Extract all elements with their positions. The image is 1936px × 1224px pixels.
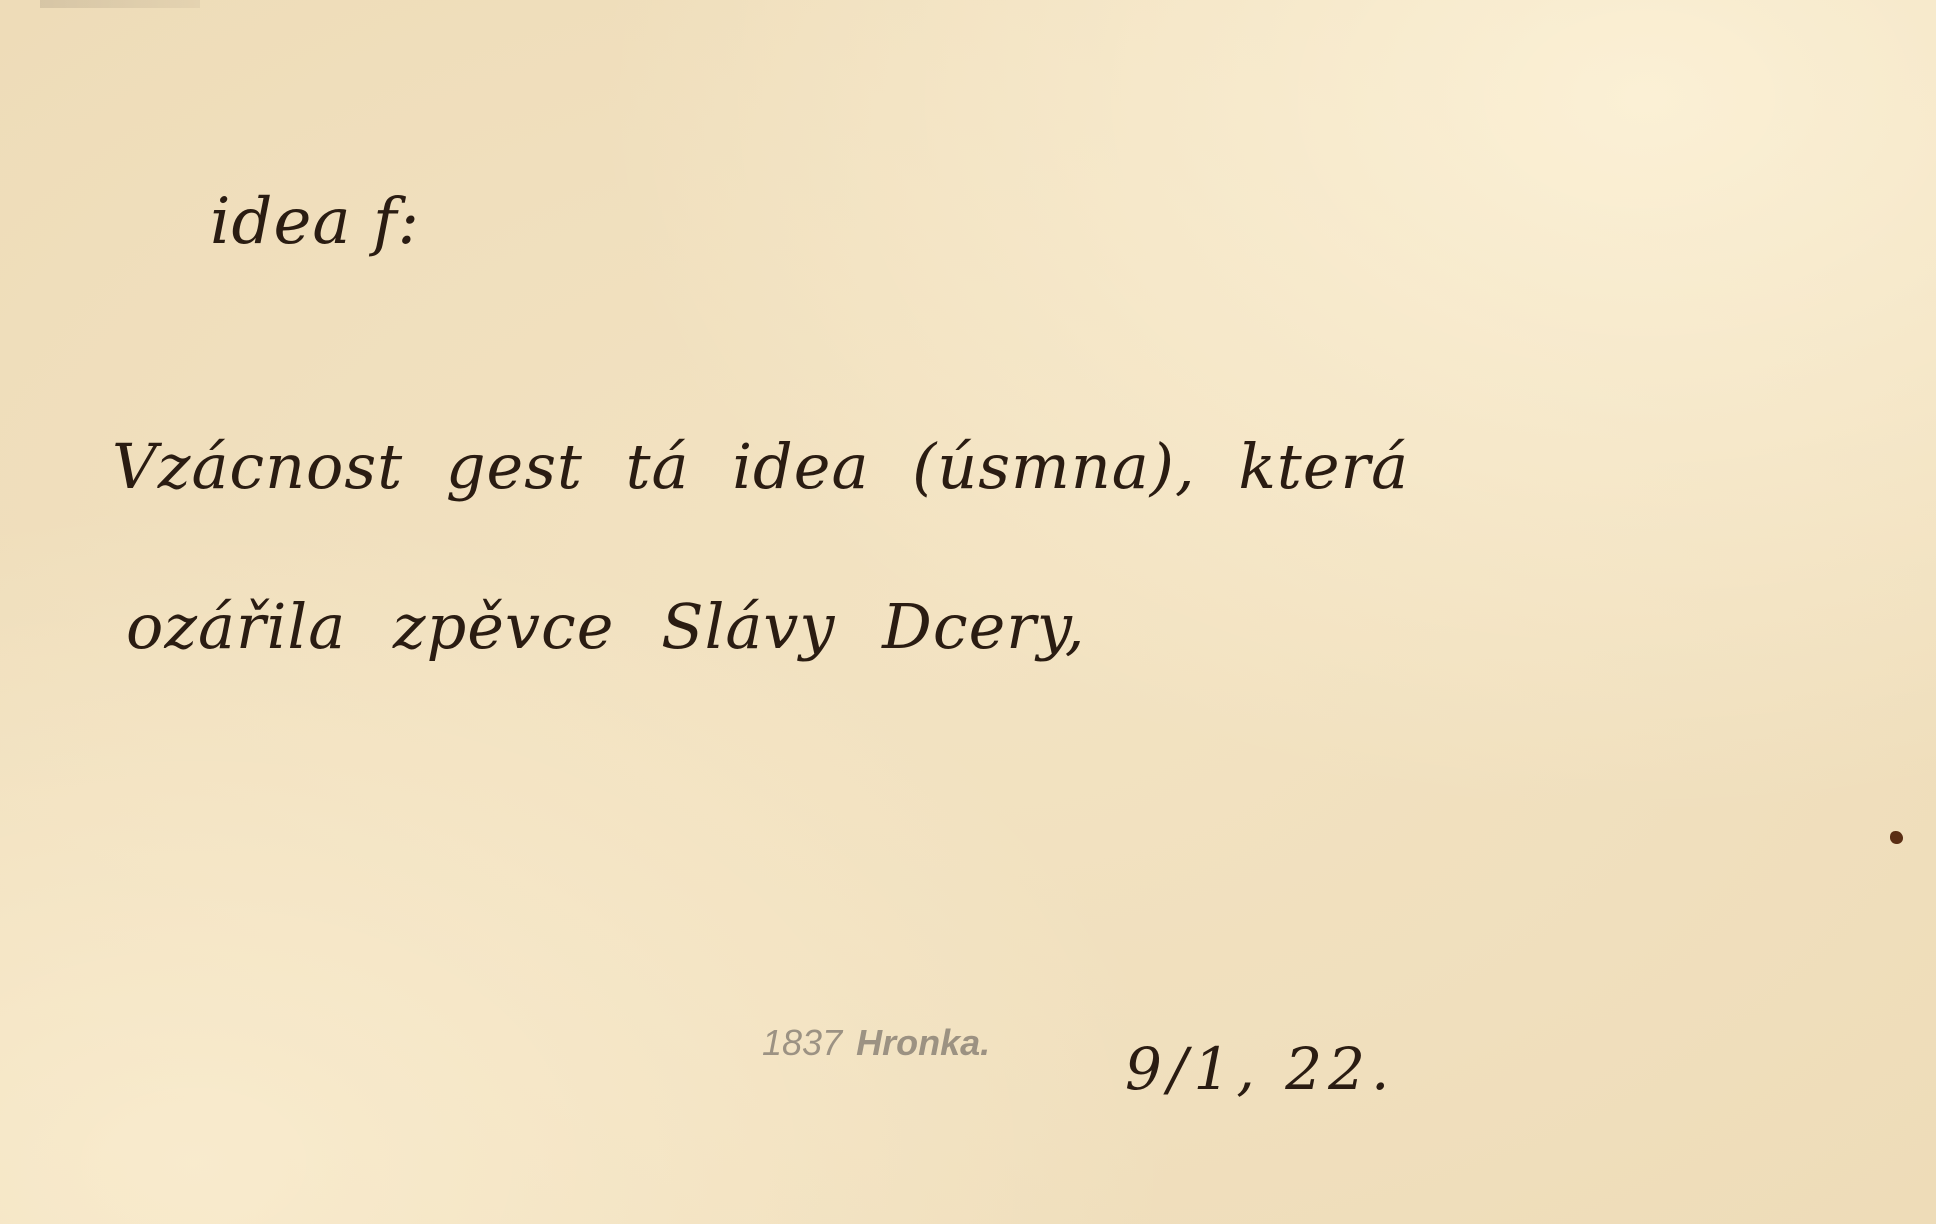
stamp-number: 1837 — [762, 1022, 842, 1063]
quotation-line-2: ozářila zpěvce Slávy Dcery, — [126, 590, 1085, 663]
ink-speck — [1890, 831, 1903, 844]
quotation-line-1: Vzácnost gest tá idea (úsmna), která — [112, 430, 1409, 503]
source-stamp: 1837Hronka. — [762, 1022, 990, 1064]
handwritten-date: 9/1, 22. — [1125, 1035, 1395, 1103]
stamp-name: Hronka. — [856, 1022, 990, 1063]
lexicographic-slip-card: idea f: Vzácnost gest tá idea (úsmna), k… — [0, 0, 1936, 1224]
headword: idea f: — [210, 185, 420, 259]
paper-edge-mark — [40, 0, 200, 8]
